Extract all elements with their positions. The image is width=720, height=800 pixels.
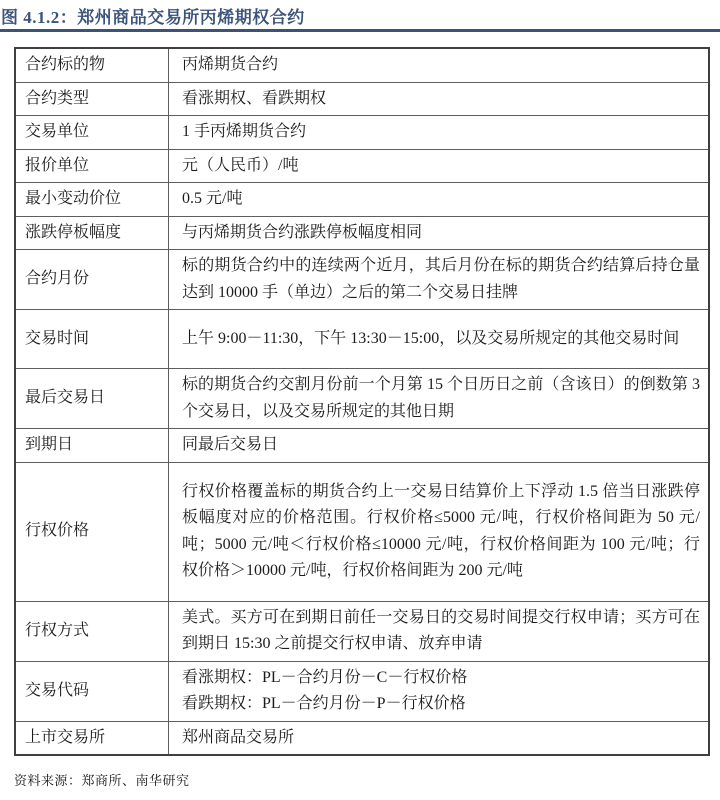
table-row: 交易时间 上午 9:00－11:30，下午 13:30－15:00，以及交易所规… [15, 310, 709, 369]
table-row: 交易代码 看涨期权：PL－合约月份－C－行权价格 看跌期权：PL－合约月份－P－… [15, 661, 709, 721]
report-figure-page: 图 4.1.2：郑州商品交易所丙烯期权合约 合约标的物 丙烯期货合约 合约类型 … [0, 0, 720, 800]
table-row: 到期日 同最后交易日 [15, 429, 709, 463]
row-label: 上市交易所 [15, 721, 169, 755]
table-row: 交易单位 1 手丙烯期货合约 [15, 116, 709, 150]
row-label: 行权方式 [15, 601, 169, 661]
row-label: 交易代码 [15, 661, 169, 721]
row-label: 最小变动价位 [15, 183, 169, 217]
row-label: 合约类型 [15, 82, 169, 116]
row-value: 看涨期权：PL－合约月份－C－行权价格 看跌期权：PL－合约月份－P－行权价格 [169, 661, 710, 721]
row-value: 0.5 元/吨 [169, 183, 710, 217]
row-value: 标的期货合约中的连续两个近月，其后月份在标的期货合约结算后持仓量达到 10000… [169, 250, 710, 310]
table-row: 合约标的物 丙烯期货合约 [15, 48, 709, 82]
row-value: 1 手丙烯期货合约 [169, 116, 710, 150]
trade-code-call-line: 看涨期权：PL－合约月份－C－行权价格 [182, 665, 700, 692]
table-row: 合约月份 标的期货合约中的连续两个近月，其后月份在标的期货合约结算后持仓量达到 … [15, 250, 709, 310]
row-value: 美式。买方可在到期日前任一交易日的交易时间提交行权申请；买方可在到期日 15:3… [169, 601, 710, 661]
row-value: 丙烯期货合约 [169, 48, 710, 82]
table-row: 合约类型 看涨期权、看跌期权 [15, 82, 709, 116]
title-divider-rule [0, 29, 720, 32]
table-row: 最后交易日 标的期货合约交割月份前一个月第 15 个日历日之前（含该日）的倒数第… [15, 369, 709, 429]
row-label: 交易时间 [15, 310, 169, 369]
table-row: 涨跌停板幅度 与丙烯期货合约涨跌停板幅度相同 [15, 216, 709, 250]
row-label: 报价单位 [15, 149, 169, 183]
row-value: 同最后交易日 [169, 429, 710, 463]
row-value: 上午 9:00－11:30，下午 13:30－15:00，以及交易所规定的其他交… [169, 310, 710, 369]
table-row: 上市交易所 郑州商品交易所 [15, 721, 709, 755]
trade-code-put-line: 看跌期权：PL－合约月份－P－行权价格 [182, 691, 700, 718]
table-row: 报价单位 元（人民币）/吨 [15, 149, 709, 183]
row-label: 行权价格 [15, 462, 169, 601]
contract-spec-table-body: 合约标的物 丙烯期货合约 合约类型 看涨期权、看跌期权 交易单位 1 手丙烯期货… [15, 48, 709, 755]
row-label: 涨跌停板幅度 [15, 216, 169, 250]
table-row: 行权价格 行权价格覆盖标的期货合约上一交易日结算价上下浮动 1.5 倍当日涨跌停… [15, 462, 709, 601]
figure-title: 图 4.1.2：郑州商品交易所丙烯期权合约 [1, 3, 305, 28]
row-value: 看涨期权、看跌期权 [169, 82, 710, 116]
contract-spec-table: 合约标的物 丙烯期货合约 合约类型 看涨期权、看跌期权 交易单位 1 手丙烯期货… [14, 47, 710, 756]
row-label: 合约月份 [15, 250, 169, 310]
table-row: 最小变动价位 0.5 元/吨 [15, 183, 709, 217]
row-value: 标的期货合约交割月份前一个月第 15 个日历日之前（含该日）的倒数第 3 个交易… [169, 369, 710, 429]
row-value: 行权价格覆盖标的期货合约上一交易日结算价上下浮动 1.5 倍当日涨跌停板幅度对应… [169, 462, 710, 601]
row-label: 到期日 [15, 429, 169, 463]
table-row: 行权方式 美式。买方可在到期日前任一交易日的交易时间提交行权申请；买方可在到期日… [15, 601, 709, 661]
row-value: 郑州商品交易所 [169, 721, 710, 755]
row-label: 交易单位 [15, 116, 169, 150]
row-label: 最后交易日 [15, 369, 169, 429]
source-note: 资料来源：郑商所、南华研究 [14, 770, 190, 789]
row-label: 合约标的物 [15, 48, 169, 82]
row-value: 元（人民币）/吨 [169, 149, 710, 183]
row-value: 与丙烯期货合约涨跌停板幅度相同 [169, 216, 710, 250]
